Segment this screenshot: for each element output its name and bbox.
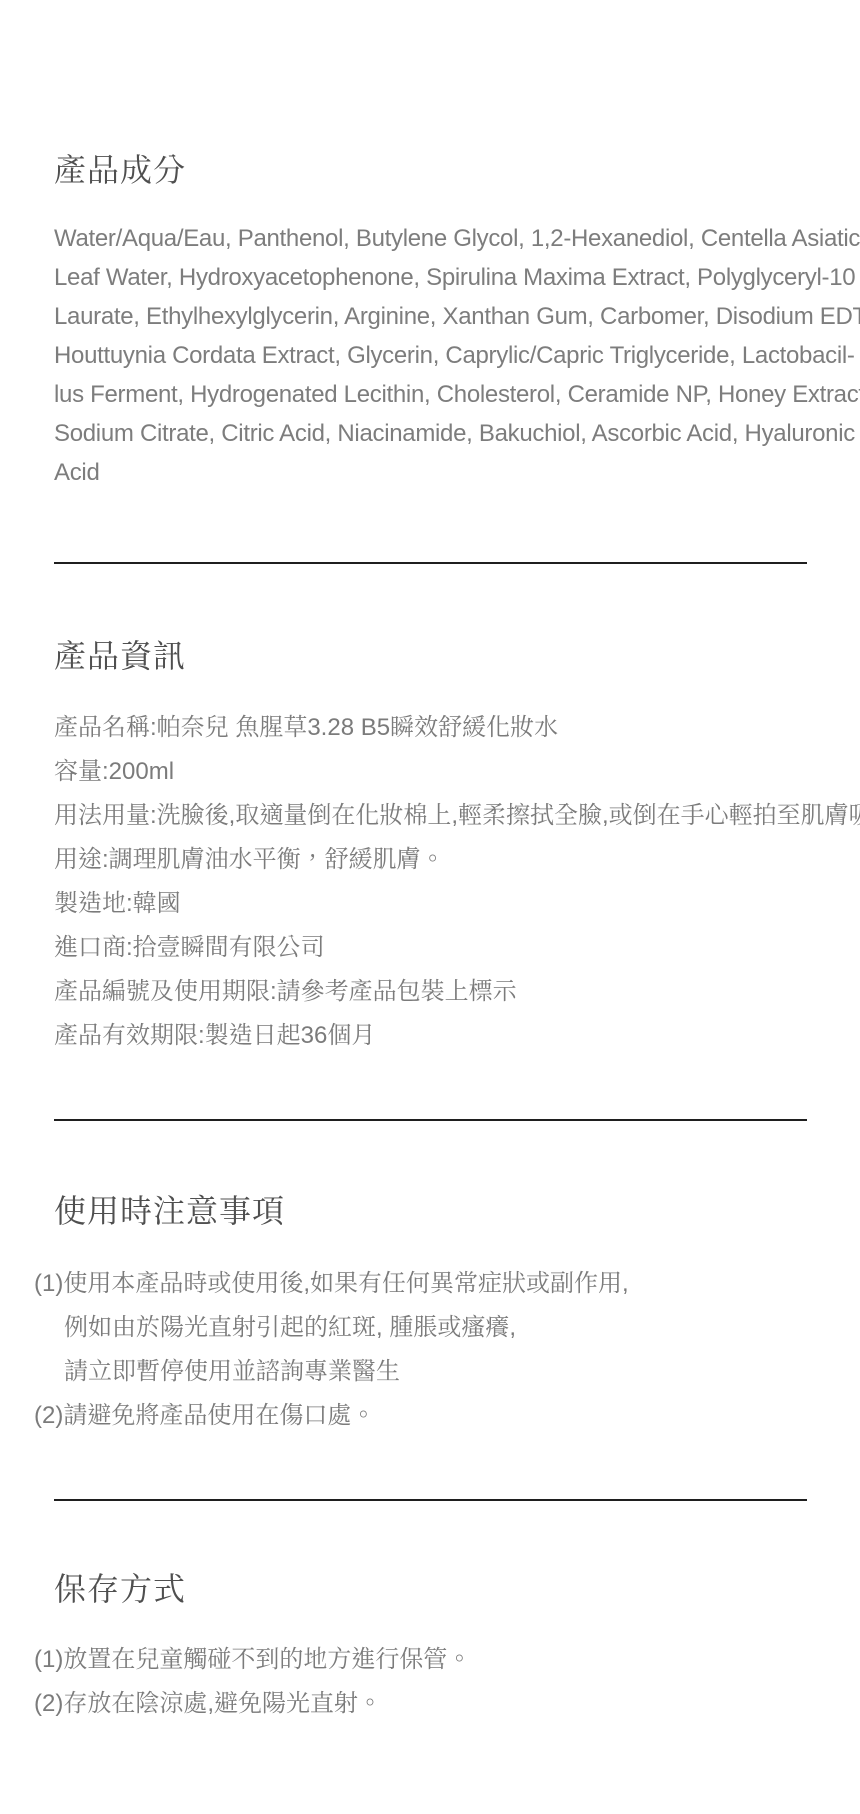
- ingredients-line: Houttuynia Cordata Extract, Glycerin, Ca…: [54, 336, 807, 375]
- product-description-body: 產品成分 Water/Aqua/Eau, Panthenol, Butylene…: [0, 0, 860, 1726]
- ingredients-line: Sodium Citrate, Citric Acid, Niacinamide…: [54, 414, 807, 453]
- volume-line: 容量:200ml: [54, 750, 807, 794]
- batch-expiry-line: 產品編號及使用期限:請參考產品包裝上標示: [54, 970, 807, 1014]
- product-detail-page: { "colors": { "background": "#ffffff", "…: [0, 0, 860, 1814]
- product-info-section-title: 產品資訊: [54, 633, 807, 679]
- ingredients-line: Water/Aqua/Eau, Panthenol, Butylene Glyc…: [54, 219, 807, 258]
- ingredients-paragraph: Water/Aqua/Eau, Panthenol, Butylene Glyc…: [54, 219, 807, 492]
- ingredients-line: lus Ferment, Hydrogenated Lecithin, Chol…: [54, 375, 807, 414]
- storage-line: (2)存放在陰涼處,避免陽光直射。: [34, 1682, 807, 1726]
- usage-directions-line: 用法用量:洗臉後,取適量倒在化妝棉上,輕柔擦拭全臉,或倒在手心輕拍至肌膚吸收。: [54, 794, 807, 838]
- section-product-info: 產品資訊 產品名稱:帕奈兒 魚腥草3.28 B5瞬效舒緩化妝水 容量:200ml…: [54, 633, 807, 1058]
- origin-line: 製造地:韓國: [54, 882, 807, 926]
- section-precautions: 使用時注意事項 (1)使用本產品時或使用後,如果有任何異常症狀或副作用, 例如由…: [54, 1188, 807, 1438]
- shelf-life-line: 產品有效期限:製造日起36個月: [54, 1014, 807, 1058]
- ingredients-line: Acid: [54, 453, 807, 492]
- precautions-section-title: 使用時注意事項: [54, 1188, 807, 1234]
- ingredients-line: Leaf Water, Hydroxyacetophenone, Spiruli…: [54, 258, 807, 297]
- storage-section-title: 保存方式: [54, 1566, 807, 1612]
- storage-line: (1)放置在兒童觸碰不到的地方進行保管。: [34, 1638, 807, 1682]
- section-storage: 保存方式 (1)放置在兒童觸碰不到的地方進行保管。 (2)存放在陰涼處,避免陽光…: [54, 1566, 807, 1727]
- precaution-line: (1)使用本產品時或使用後,如果有任何異常症狀或副作用,: [34, 1262, 807, 1306]
- ingredients-line: Laurate, Ethylhexylglycerin, Arginine, X…: [54, 297, 807, 336]
- product-name-line: 產品名稱:帕奈兒 魚腥草3.28 B5瞬效舒緩化妝水: [54, 706, 807, 750]
- precaution-line: (2)請避免將產品使用在傷口處。: [34, 1394, 807, 1438]
- storage-list: (1)放置在兒童觸碰不到的地方進行保管。 (2)存放在陰涼處,避免陽光直射。: [54, 1638, 807, 1726]
- section-divider: [54, 1499, 807, 1501]
- purpose-line: 用途:調理肌膚油水平衡，舒緩肌膚。: [54, 838, 807, 882]
- precautions-list: (1)使用本產品時或使用後,如果有任何異常症狀或副作用, 例如由於陽光直射引起的…: [54, 1262, 807, 1438]
- precaution-line: 請立即暫停使用並諮詢專業醫生: [64, 1350, 807, 1394]
- product-info-list: 產品名稱:帕奈兒 魚腥草3.28 B5瞬效舒緩化妝水 容量:200ml 用法用量…: [54, 706, 807, 1058]
- importer-line: 進口商:拾壹瞬間有限公司: [54, 926, 807, 970]
- section-divider: [54, 1119, 807, 1121]
- section-ingredients: 產品成分 Water/Aqua/Eau, Panthenol, Butylene…: [54, 147, 807, 493]
- section-divider: [54, 562, 807, 564]
- ingredients-section-title: 產品成分: [54, 147, 807, 193]
- precaution-line: 例如由於陽光直射引起的紅斑, 腫脹或瘙癢,: [64, 1306, 807, 1350]
